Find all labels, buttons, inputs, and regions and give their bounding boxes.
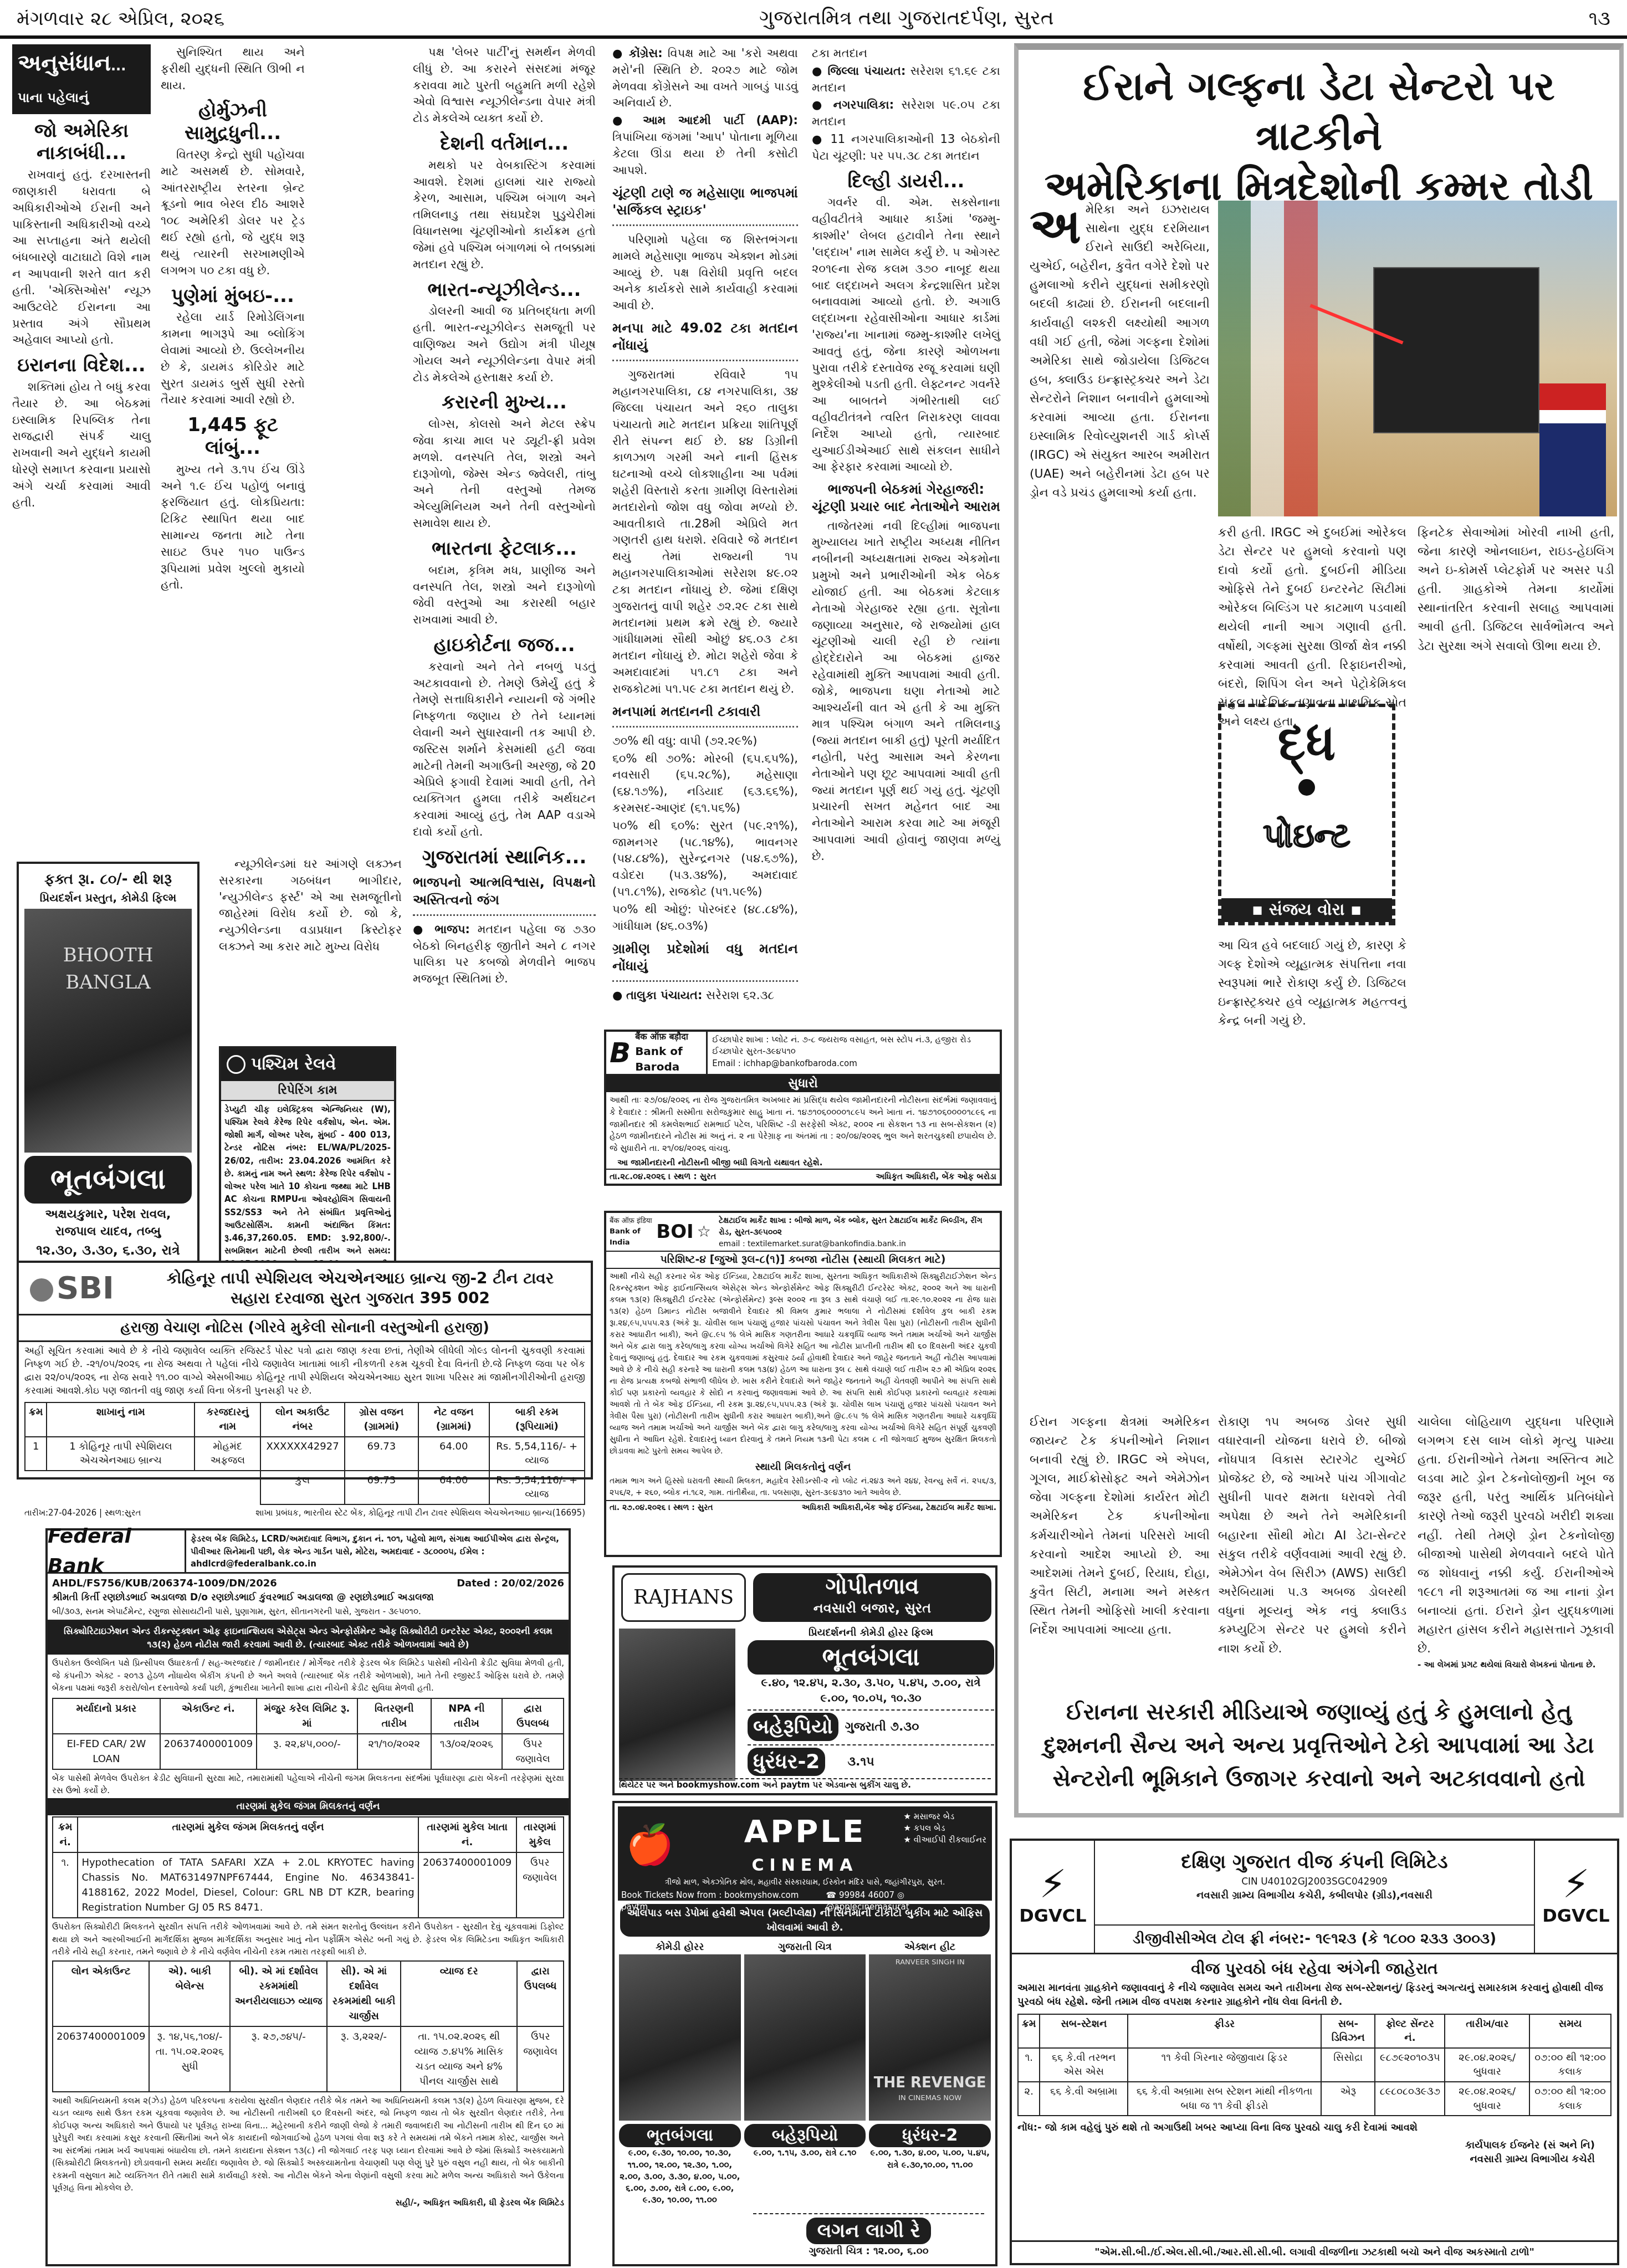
article-body: શક્તિમાં હોય તે બધું કરવા તૈયાર છે. આ બે…: [12, 379, 151, 511]
dgvcl-signatory: કાર્યપાલક ઈજનેર (સં અને નિ): [1034, 2138, 1595, 2153]
feature-col-d: રોકાણ ૧૫ અબજ ડોલર સુધી વધારવાની યોજના ધર…: [1218, 1413, 1406, 1658]
ad-presenter: પ્રિયદર્શનની કોમેડી હોરર ફિલ્મ: [748, 1626, 994, 1640]
bob-logo-icon: B: [610, 1033, 631, 1073]
addressee-name: શ્રીમતી કિર્તી રણછોડભાઈ અડાલજા D/o રણછોડ…: [52, 1591, 564, 1605]
bob-signatory: અધિકૃત અધિકારી, બેંક ઓફ બરોડા: [876, 1171, 996, 1182]
article-body: લોગ્સ, કોલસો અને મેટલ સ્ક્રેપ જેવા કાચા …: [413, 416, 596, 532]
article-subheading: ગ્રામીણ પ્રદેશોમાં વધુ મતદાન નોંધાયું: [612, 940, 798, 975]
table-row: 11 કોહિનૂર તાપી સ્પેશિયલ એચએનઆઇ બ્રાન્ચમ…: [25, 1437, 585, 1471]
dgvcl-signatory-office: નવસારી ગ્રામ્ય વિભાગીય કચેરી: [1034, 2152, 1595, 2167]
apple-instagram[interactable]: @applecinemasurat: [826, 1902, 909, 1912]
apple-phone[interactable]: 99984 46007: [839, 1890, 894, 1900]
credit-facility-table: મર્યાદાનો પ્રકારએકાઉન્ટ નં.મંજુર કરેલ લિ…: [52, 1698, 564, 1770]
table-row: EI-FED CAR/ 2W LOAN20637400001009રૂ. ૨૨,…: [53, 1734, 564, 1769]
sbi-keyhole-icon: [30, 1278, 53, 1302]
federal-address: ફેડરલ બેંક લિમિટેડ, LCRD/અમદાવાદ વિભાગ, …: [186, 1530, 569, 1572]
bob-title: સુધારો: [606, 1075, 1000, 1092]
ad-price-line: ફક્ત રૂા. ૮૦/- થી શરૂ: [24, 869, 192, 890]
reference-number: AHDL/FS756/KUB/206374-1009/DN/2026: [52, 1576, 277, 1591]
taluka-bullet: ● તાલુકા પંચાયત: સરેરાશ ૬૨.૩૮: [612, 987, 798, 1004]
sbi-title: હરાજી વેચાણ નોટિસ (ગીરવે મુકેલી સોનાની વ…: [19, 1315, 591, 1342]
movie-poster-image: [619, 1954, 741, 2121]
apple-header: 🍎 APPLE CINEMA ત્રીજો માળ, એક્ઝોનિક મોલ,…: [618, 1806, 992, 1901]
closing-para: આથી અધિનિયમની કલમ ૨(ઝેડ) હેઠળ પરિકલ્પના …: [48, 2093, 569, 2195]
dropcap: અ: [1030, 204, 1081, 248]
rajhans-venue: ગોપીતળાવનવસારી બજાર, સુરત: [753, 1573, 991, 1622]
boi-body: આથી નીચે સહી કરનાર બેંક ઓફ ઈન્ડિયા, ટેક્…: [606, 1269, 1000, 1460]
bob-email[interactable]: Email : ichhap@bankofbaroda.com: [712, 1058, 995, 1069]
film-title: બહેરૂપિયો: [748, 1713, 838, 1741]
dgvcl-note: નોંધ:- જો કામ વહેલું પુરું થશે તો અગાઉથી…: [1012, 2119, 1617, 2136]
bob-logo: B बैंक ऑफ़ बड़ौदाBank of Baroda: [606, 1032, 708, 1074]
sbi-signatory: શાખા પ્રબંધક, ભારતીય સ્ટેટ બેંક, કોહિનૂર…: [255, 1507, 585, 1519]
hypothecation-table: ક્રમ નં.તારણમાં મુકેલ જંગમ મિલકતનું વર્ણ…: [52, 1816, 564, 1918]
bob-note: આ જામીનદારની નોટીસની બીજી બધી વિગતો યથાવ…: [606, 1157, 1000, 1169]
show-times: ૭.૩૦: [891, 1720, 919, 1734]
movie-poster-image: [619, 1629, 735, 1781]
article-heading: ઇરાનના વિદેશ...: [12, 354, 151, 377]
article-body: કરવાનો અને તેને નબળું પડતું અટકાવવાનો છે…: [413, 659, 596, 841]
apple-film-card: ગુજરાતી ચિત્રબહેરૂપિયો૯.૦૦, ૧.૧૫, ૩.૦૦, …: [744, 1940, 866, 2206]
addressee-address: બી/૩૦૩, સનમ એપાર્ટમેન્ટ, રણુજા સોસાયટીની…: [52, 1605, 564, 1618]
feature-lead: અમેરિકા અને ઇઝરાયલ સાથેના યુદ્ધ દરમિયાન …: [1030, 201, 1210, 503]
newspaper-name: ગુજરાતમિત્ર તથા ગુજરાતદર્પણ, સુરત: [759, 4, 1054, 32]
railway-subtitle: રિપેરિંગ કામ: [221, 1081, 394, 1101]
bank-of-baroda-notice: B बैंक ऑफ़ बड़ौदाBank of Baroda ઈચ્છાપોર…: [604, 1030, 1002, 1186]
article-heading: પુણેમાં મુંબઇ-...: [161, 285, 305, 308]
film-cast: અક્ષયકુમાર, પરેશ રાવલ, રાજપાલ યાદવ, તબ્બ…: [24, 1206, 192, 1240]
stat-line: ● નગરપાલિકા: સરેરાશ ૫૯.૦૫ ટકા મતદાન: [812, 97, 1000, 130]
article-heading: દેશની વર્તમાન...: [413, 132, 596, 155]
feature-col-e: ચાલેલા લોહિયાળ યુદ્ધના પરિણામે લગભગ દસ લ…: [1418, 1413, 1614, 1671]
article-body: ગુજરાતમાં રવિવારે ૧૫ મહાનગરપાલિકા, ૮૪ નગ…: [612, 367, 798, 697]
article-heading: 1,445 ફૂટ લાંબું...: [161, 414, 305, 459]
outstanding-table: લોન એકાઉન્ટએ). બાકી બેલેન્સબી). એ માં દર…: [52, 1960, 564, 2092]
sbi-header: SBI કોહિનૂર તાપી સ્પેશિયલ એચએનઆઇ બ્રાન્ચ…: [19, 1263, 591, 1315]
continuation-banner: અનુસંધાન... પાના પહેલાનું: [12, 44, 151, 114]
page-masthead: મંગળવાર ૨૮ એપ્રિલ, ૨૦૨૬ ગુજરાતમિત્ર તથા …: [0, 0, 1627, 39]
dotted-divider: [612, 980, 798, 982]
federal-intro: ઉપરોક્ત ઉલ્લેખિત પક્ષે પ્રિન્સીપલ ઉધારકર…: [48, 1655, 569, 1697]
turnout-bullet: ૫૦% થી ૬૦%: સુરત (૫૯.૨૧%), જામનગર (૫૮.૧૪…: [612, 818, 798, 900]
congress-bullet: ● કોંગ્રેસ: વિપક્ષ માટે આ 'કરો અથવા મરો'…: [612, 45, 798, 111]
boi-branch: ટેક્ષટાઈલ માર્કેટ શાખા : બીજો માળ, બેંક …: [719, 1215, 995, 1238]
film-language: ગુજરાતી: [845, 1720, 887, 1734]
lightning-bolt-icon: ⚡: [1562, 1865, 1589, 1903]
bob-body: આથી તાઃ ૨૭/૦૪/૨૦૨૬ ના રોજ ગુજરાતમિત્ર અખ…: [606, 1092, 1000, 1157]
column-logo-glyph: દ્ધ: [1221, 718, 1392, 768]
bank-of-india-possession-notice: बैंक ऑफ़ इंडियाBank of India BOI☆ ટેક્ષટ…: [604, 1211, 1002, 1557]
rajhans-cinema-ad: RAJHANS ગોપીતળાવનવસારી બજાર, સુરત પ્રિયદ…: [612, 1565, 997, 1795]
apple-address: ત્રીજો માળ, એક્ઝોનિક મોલ, મહાવીર સંસ્કાર…: [621, 1877, 989, 1888]
article-body: મુખ્ય તને ૩.૧૫ ઈંચ ઊંડે અને ૧.૯ ઈંચ પહોળ…: [161, 462, 305, 594]
bob-branch: ઈચ્છાપોર શાખા : પ્લોટ નં. ૭-૮ જયરાજ વસાહ…: [712, 1034, 995, 1058]
dgvcl-cin: CIN U40102GJ2003SGC042909: [1095, 1875, 1534, 1888]
dgvcl-intro: અમારા માનવંતા ગ્રાહકોને જણાવવાનું કે નીચ…: [1012, 1980, 1617, 2010]
dotted-divider: [413, 914, 596, 916]
act-banner: સિક્યોરિટાઇઝેશન એન્ડ રીકન્સ્ટ્રક્શન ઓફ ફ…: [48, 1621, 569, 1655]
apple-film-card: એક્શન હીટRANVEER SINGH INTHE REVENGEIN C…: [869, 1940, 991, 2206]
dotted-divider: [612, 726, 798, 728]
column-logo: દ્ધ પોઇન્ટ ▪ સંજય વોરા ▪: [1218, 704, 1395, 925]
page-number: ૧૩: [1589, 6, 1610, 32]
dotted-divider: [612, 224, 798, 226]
table-row: 20637400001009રૂ. ૧૪,૫૬,૧૦૪/- તા. ૧૫.૦૨.…: [53, 2026, 564, 2092]
boi-signatory: અધિકારી અધિકારી,બેંક ઓફ ઈન્ડિયા, ટેક્ષટા…: [802, 1502, 996, 1514]
article-heading: જો અમેરિકા નાકાબંધી...: [12, 120, 151, 165]
turnout-bullet: ૭૦% થી વધુ: વાપી (૭૨.૨૯%): [612, 733, 798, 750]
article-body: વિતરણ કેન્દ્રો સુધી પહોંચવા માટે અસમર્થ …: [161, 147, 305, 279]
article-body: બદામ, કૃત્રિમ મધ, પ્રાણીજ અને વનસ્પતિ તે…: [413, 562, 596, 628]
sbi-auction-notice: SBI કોહિનૂર તાપી સ્પેશિયલ એચએનઆઇ બ્રાન્ચ…: [17, 1261, 593, 1479]
movie-poster-image: [744, 1954, 866, 2121]
turnout-bullet: ૬૦% થી ૭૦%: મોરબી (૬૫.૬૫%), નવસારી (૬૫.૨…: [612, 751, 798, 817]
article-body: સુનિશ્ચિત થાય અને ફરીથી યુદ્ધની સ્થિતિ ઊ…: [161, 44, 305, 94]
bob-footer-date: તા.૨૮.૦૪.૨૦૨૬ । સ્થળ : સુરત: [610, 1171, 717, 1182]
booking-links[interactable]: Book Tickets Now from : bookmyshow.com p…: [621, 1890, 826, 1913]
outage-schedule-table: ક્રમસબ-સ્ટેશનફીડરસબ-ડિવિઝનફોલ્ટ સેંન્ટર …: [1017, 2014, 1611, 2116]
table-row: ૧.૬૬ કે.વી તરભન એસ એસ૧૧ કેવી ગિરનાર જેજી…: [1018, 2048, 1611, 2082]
continuation-column-1: અનુસંધાન... પાના પહેલાનું જો અમેરિકા નાક…: [12, 44, 151, 513]
news-column-3: પક્ષ 'લેબર પાર્ટી'નું સમર્થન મેળવી લીધું…: [413, 44, 596, 989]
notice-date: Dated : 20/02/2026: [457, 1576, 564, 1591]
federal-signatory: સહી/-, અધિકૃત અધિકારી, ધી ફેડરલ બેંક લિમ…: [48, 2195, 569, 2210]
dgvcl-office: નવસારી ગ્રામ્ય વિભાગીય કચેરી, કબીલપોર (ગ…: [1095, 1888, 1534, 1903]
rajhans-logo: RAJHANS: [621, 1573, 746, 1622]
dgvcl-title: વીજ પુરવઠો બંધ રહેવા અંગેની જાહેરાત: [1012, 1954, 1617, 1980]
sbi-body: અહીં સૂચિત કરવામાં આવે છે કે નીચે જણાવેલ…: [19, 1342, 591, 1400]
security-para: બેંક પાસેથી મેળવેલ ઉપરોક્ત ક્રેડીટ સુવિધ…: [48, 1771, 569, 1798]
boi-logo: बैंक ऑफ़ इंडियाBank of India BOI☆: [606, 1213, 714, 1251]
broadcast-antenna-icon: [1298, 779, 1315, 796]
feature-col-c2: ઈરાન ગલ્ફના ક્ષેત્રમાં અમેરિકન જાયન્ટ ટે…: [1030, 1413, 1210, 1640]
article-heading: હોર્મુઝની સામુદ્રધુની...: [161, 99, 305, 145]
article-heading: દિલ્હી ડાયરી...: [812, 170, 1000, 193]
article-heading: હાઇકોર્ટના જજ...: [413, 634, 596, 657]
dgvcl-tollfree[interactable]: ડીજીવીસીએલ ટોલ ફ્રી નંબર:- ૧૯૧૨૩ (કે ૧૮૦…: [1095, 1924, 1534, 1953]
sbi-footer-date: તારીખ:27-04-2026 | સ્થળ:સુરત: [24, 1507, 141, 1519]
ad-presenter: પ્રિયદર્શન પ્રસ્તુત, કોમેડી ફિલ્મ: [24, 890, 192, 905]
article-heading: ભારતના ફેટલાક...: [413, 537, 596, 560]
article-body: રાખવાનું હતું. દરખાસ્તની જાણકારી ધરાવતા …: [12, 167, 151, 349]
feature-col-b2: આ ચિત્ર હવે બદલાઈ ગયું છે, કારણ કે ગલ્ફ …: [1218, 936, 1406, 1031]
railway-emblem-icon: [227, 1055, 245, 1074]
article-subheading: ભાજપનો આત્મવિશ્વાસ, વિપક્ષનો અસ્તિત્વનો …: [413, 874, 596, 908]
federal-bank-logo: Federal Bank: [48, 1530, 186, 1572]
dgvcl-company: દક્ષિણ ગુજરાત વીજ કંપની લિમિટેડ: [1095, 1841, 1534, 1875]
show-times: ૯.૦૦, ૧.૩૦, ૪.૦૦, ૫.૦૦, ૫.૪૫, રાત્રે ૯.૩…: [869, 2147, 991, 2171]
show-times: ૯.૪૦, ૧૨.૪૫, ૨.૩૦, ૩.૫૦, ૫.૪૫, ૭.૦૦, રાત…: [748, 1675, 994, 1706]
article-body: ડોલરની આવી જ પ્રતિબદ્ધતા મળી હતી. ભારત-ન…: [413, 303, 596, 386]
stat-line: ટકા મતદાન: [812, 45, 1000, 62]
columnist-name: ▪ સંજય વોરા ▪: [1221, 898, 1392, 922]
article-heading: કરારની મુખ્ય...: [413, 391, 596, 414]
turnout-bullet: ૫૦% થી ઓછું: પોરબંદર (૪૮.૮૪%), ગાંધીધામ …: [612, 902, 798, 935]
continuation-column-2: સુનિશ્ચિત થાય અને ફરીથી યુદ્ધની સ્થિતિ ઊ…: [161, 44, 305, 596]
dgvcl-logo-right: ⚡DGVCL: [1534, 1841, 1617, 1953]
column-logo-word: પોઇન્ટ: [1221, 812, 1392, 859]
boi-property-heading: સ્થાયી મિલકતોનું વર્ણન: [606, 1460, 1000, 1475]
article-heading: ભારત-ન્યૂઝીલેન્ડ...: [413, 279, 596, 301]
article-body: રહેલા યાર્ડ રિમોડેલિંગના કામના ભાગરૂપે આ…: [161, 309, 305, 408]
safety-slogan: "એમ.સી.બી./ઈ.એલ.સી.બી./આર.સી.સી.બી. લગાવ…: [1012, 2240, 1617, 2263]
news-column-5: ટકા મતદાન ● જિલ્લા પંચાયત: સરેરાશ ૬૧.૬૯ …: [812, 44, 1000, 867]
film-title: ધુરંધર-2: [748, 1748, 825, 1776]
sbi-loan-table: ક્રમશાખાનું નામકરજદારનું નામલોન અકાઉંટ ન…: [24, 1402, 585, 1504]
bjp-bullet: ● ભાજપ: મતદાન પહેલા જ ૭૩૦ બેઠકો બિનહરીફ …: [413, 921, 596, 987]
film-title: ભૂતબંગલા: [748, 1640, 994, 1675]
federal-bank-demand-notice: Federal Bank ફેડરલ બેંક લિમિટેડ, LCRD/અમ…: [45, 1528, 571, 2266]
apple-film-card: કોમેડી હોરરભૂતબંગલા૯.૦૦, ૯.૩૦, ૧૦.૦૦, ૧૦…: [619, 1940, 741, 2206]
boi-email[interactable]: email : textilemarket.surat@bankofindia.…: [719, 1238, 995, 1250]
opinion-disclaimer: - આ લેખમાં પ્રગટ થયેલાં વિચારો લેખકનાં પ…: [1418, 1658, 1614, 1671]
apple-cinema-ad: 🍎 APPLE CINEMA ત્રીજો માળ, એક્ઝોનિક મોલ,…: [612, 1801, 997, 2266]
article-body: ગવર્નર વી. એમ. સક્સેનાના વહીવટીતંત્રે આધ…: [812, 194, 1000, 475]
news-column-nz: ન્યૂઝીલેન્ડમાં ઘર આંગણે લક્ઝન સરકારના ગઠ…: [219, 856, 402, 958]
feature-article: ઈરાને ગલ્ફના ડેટા સેન્ટરો પર ત્રાટકીનેઅમ…: [1014, 43, 1624, 1683]
boi-title: પરિશિષ્ટ-૪ [જુઓ રૂલ-૮(૧)] કબજા નોટીસ (સ્…: [606, 1252, 1000, 1269]
article-subheading: ચૂંટણી ટાણે જ મહેસાણા ભાજપમાં 'સર્જિકલ સ…: [612, 185, 798, 219]
lightning-bolt-icon: ⚡: [1039, 1865, 1066, 1903]
boi-footer-date: તા. ૨૭.૦૪.૨૦૨૬ । સ્થળ : સુરત: [610, 1502, 713, 1514]
booking-info: થિયેટર પર અને bookmyshow.com અને paytm પ…: [619, 1778, 991, 1791]
film-title: ભૂતબંગલા: [24, 1156, 192, 1204]
article-body: તાજેતરમાં નવી દિલ્હીમાં ભાજપના મુખ્યાલય …: [812, 518, 1000, 865]
table-row: ૧.Hypothecation of TATA SAFARI XZA + 2.0…: [53, 1852, 564, 1918]
dotted-divider: [612, 360, 798, 361]
show-times: ૩.૧૫: [847, 1753, 874, 1770]
boi-property-desc: તમામ ભાગ અને હિસ્સો ધરાવતી સ્થાયી મિલકત,…: [606, 1475, 1000, 1500]
star-icon: ☆: [697, 1220, 711, 1243]
sbi-logo: SBI: [30, 1266, 141, 1310]
npa-para: ઉપરોક્ત સિક્યોરીટી મિલકતને સુરક્ષીત સંપત…: [48, 1919, 569, 1959]
feature-col-b: કરી હતી. IRGC એ દુબઈમાં ઓરેકલ ડેટા સેન્ટ…: [1218, 524, 1406, 731]
article-subheading: મનપામાં મતદાનની ટકાવારી: [612, 703, 798, 720]
movable-property-banner: તારણમાં મુકેલ જંગમ મિલકતનું વર્ણન: [48, 1798, 569, 1816]
article-heading: ગુજરાતમાં સ્થાનિક...: [413, 846, 596, 869]
news-column-4: ● કોંગ્રેસ: વિપક્ષ માટે આ 'કરો અથવા મરો'…: [612, 44, 798, 1005]
article-subheading: ભાજપની બેઠકમાં ગેરહાજરી: ચૂંટણી પ્રચાર બ…: [812, 481, 1000, 515]
dgvcl-power-cut-notice: ⚡DGVCL દક્ષિણ ગુજરાત વીજ કંપની લિમિટેડ C…: [1010, 1839, 1619, 2265]
article-subheading: મનપા માટે 49.02 ટકા મતદાન નોંધાયું: [612, 320, 798, 354]
table-row: ૨.૬૬ કે.વી અબ્રામા૬૬ કે.વી અબ્રામા સબ સ્…: [1018, 2082, 1611, 2116]
article-body: પરિણામો પહેલા જ શિસ્તભંગના મામલે મહેસાણા…: [612, 232, 798, 314]
feature-pullquote: ઈરાનના સરકારી મીડિયાએ જણાવ્યું હતું કે હ…: [1014, 1679, 1624, 1818]
show-times: ગુજરાતી ચિત્ર : ૧૨.૦૦, ૬.૦૦: [753, 2244, 984, 2259]
show-times: ૯.૦૦, ૧.૧૫, ૩.૦૦, રાત્રે ૮.૧૦: [744, 2147, 866, 2159]
show-times: ૯.૦૦, ૯.૩૦, ૧૦.૦૦, ૧૦.૩૦, ૧૧.૦૦, ૧૨.૦૦, …: [619, 2147, 741, 2206]
cartoon-illustration: [1218, 201, 1617, 516]
film-title: લગન લાગી રે: [806, 2218, 932, 2244]
table-total-row: કુલ69.7364.00Rs. 5,54,116/- + વ્યાજ: [25, 1471, 585, 1504]
apple-film-reel-icon: 🍎: [626, 1818, 674, 1872]
railway-header: પશ્ચિમ રેલવે: [221, 1048, 394, 1081]
movie-poster-image: RANVEER SINGH INTHE REVENGEIN CINEMAS NO…: [869, 1954, 991, 2121]
aap-bullet: ● આમ આદમી પાર્ટી (AAP): ત્રિપાંખિયા જંગમ…: [612, 112, 798, 178]
article-body: મથકો પર વેબકાસ્ટિંગ કરવામાં આવશે. દેશમાં…: [413, 157, 596, 273]
issue-date: મંગળવાર ૨૮ એપ્રિલ, ૨૦૨૬: [17, 6, 224, 32]
movie-poster-image: BHOOTH BANGLA: [24, 909, 192, 1153]
article-body: પક્ષ 'લેબર પાર્ટી'નું સમર્થન મેળવી લીધું…: [413, 44, 596, 127]
stat-line: ● 11 નગરપાલિકાઓની 13 બેઠકોની પેટા ચૂંટણી…: [812, 131, 1000, 165]
dgvcl-logo-left: ⚡DGVCL: [1012, 1841, 1095, 1953]
feature-col-c: ફિનટેક સેવાઓમાં ખોરવી નાખી હતી, જેના કાર…: [1418, 524, 1614, 656]
stat-line: ● જિલ્લા પંચાયત: સરેરાશ ૬૧.૬૯ ટકા મતદાન: [812, 63, 1000, 96]
article-body: ન્યૂઝીલેન્ડમાં ઘર આંગણે લક્ઝન સરકારના ગઠ…: [219, 856, 402, 955]
